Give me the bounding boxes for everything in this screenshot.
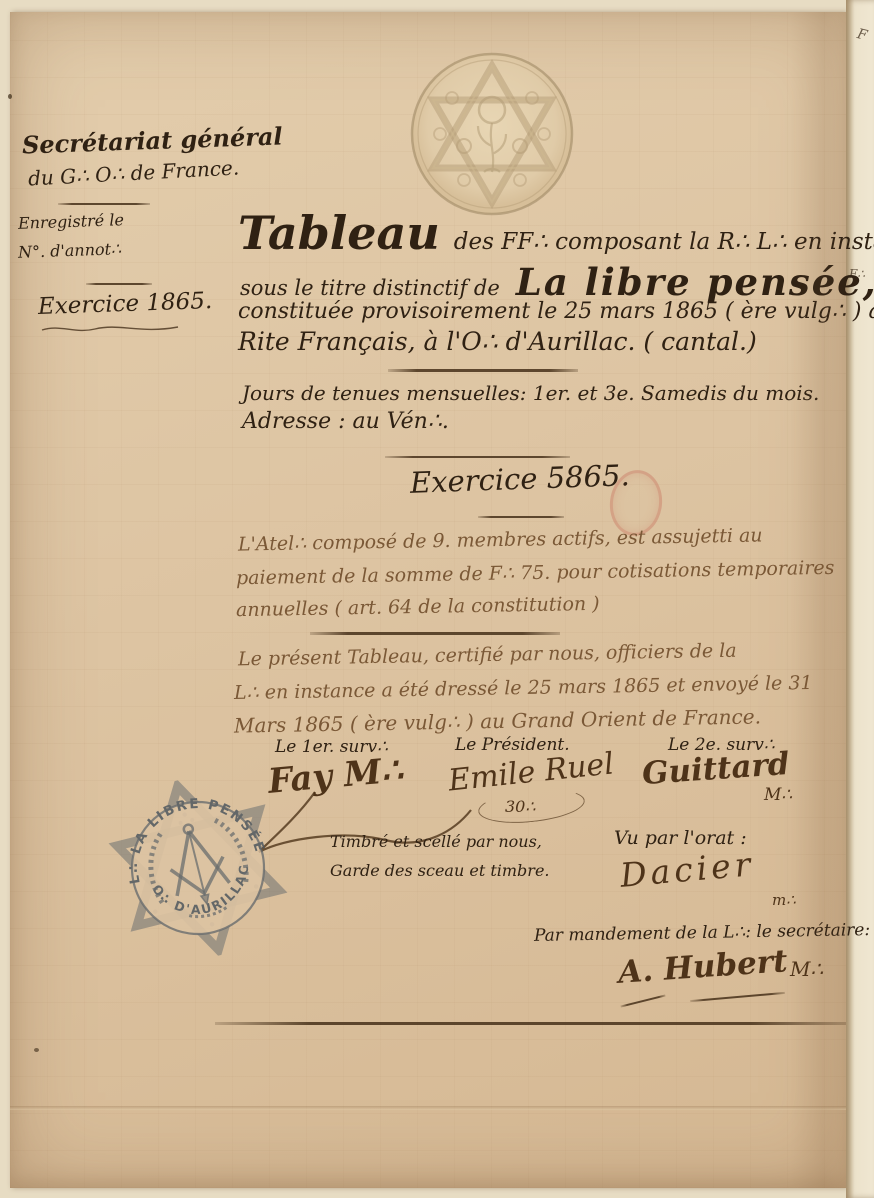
adjacent-page-edge bbox=[846, 0, 874, 1198]
document-scan: F F∴ bbox=[0, 0, 874, 1198]
title-line3: constituée provisoirement le 25 mars 186… bbox=[238, 300, 874, 324]
title-line4: Rite Français, à l'O∴ d'Aurillac. ( cant… bbox=[238, 328, 757, 356]
ink-speck-2 bbox=[34, 1048, 39, 1052]
title-line2-lead: sous le titre distinctif de bbox=[240, 277, 500, 300]
embossed-seal bbox=[408, 50, 576, 218]
seal-note-line2: Garde des sceau et timbre. bbox=[330, 862, 550, 880]
meetings-line: Jours de tenues mensuelles: 1er. et 3e. … bbox=[242, 382, 819, 404]
separator-rule-3 bbox=[478, 516, 564, 518]
separator-rule-2 bbox=[385, 456, 570, 458]
orator-suffix: m∴ bbox=[772, 892, 796, 909]
bottom-rule bbox=[215, 1022, 846, 1025]
secretary-suffix: M∴ bbox=[790, 958, 823, 980]
second-warden-suffix: M∴ bbox=[764, 786, 792, 805]
margin-registered-line2: N°. d'annot∴ bbox=[18, 240, 122, 261]
separator-rule-1 bbox=[388, 369, 578, 372]
separator-rule-4 bbox=[310, 632, 560, 635]
six-pointed-star-icon bbox=[408, 50, 576, 218]
title-lead-word: Tableau bbox=[238, 208, 440, 259]
lodge-name: La libre pensée, bbox=[516, 262, 874, 303]
address-line: Adresse : au Vén∴. bbox=[242, 410, 449, 434]
ink-speck-1 bbox=[8, 94, 12, 99]
margin-flourish bbox=[40, 322, 180, 336]
margin-rule-1 bbox=[58, 203, 150, 205]
seal-note-line1: Timbré et scellé par nous, bbox=[330, 833, 542, 851]
title-line1-rest: des FF∴ composant la R∴ L∴ en instance, bbox=[454, 230, 874, 255]
margin-registered-line1: Enregistré le bbox=[18, 211, 124, 232]
margin-rule-2 bbox=[86, 283, 152, 285]
